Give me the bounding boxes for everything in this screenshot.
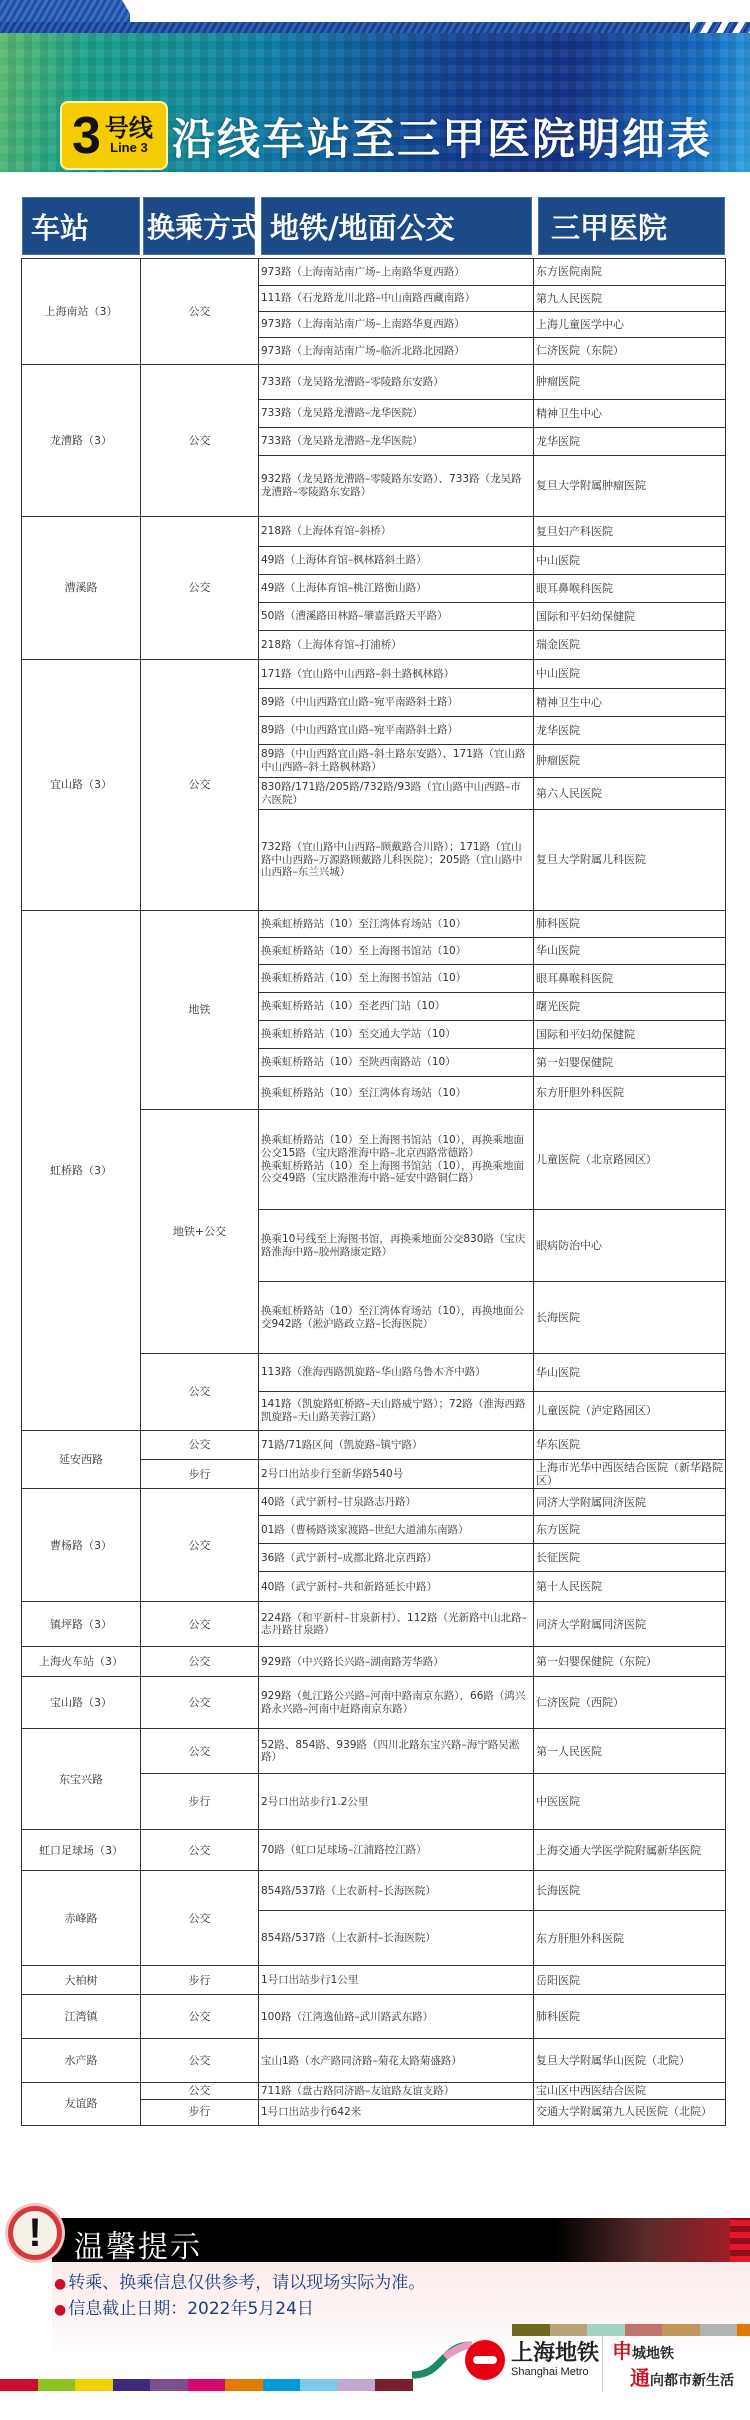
route-text: 732路（宜山路中山西路–顾戴路合川路）；171路（宜山路中山西路–万源路顾戴路…: [261, 841, 523, 878]
hospital-text: 肿瘤医院: [536, 375, 580, 388]
line-badge: 3 号线 Line 3: [60, 101, 168, 170]
hospital-cell: 宝山区中西医结合医院: [534, 2083, 726, 2099]
hospital-text: 复旦妇产科医院: [536, 525, 613, 538]
hospital-cell: 精神卫生中心: [534, 689, 726, 717]
transfer-mode-cell: 公交: [141, 1729, 259, 1774]
hospital-text: 仁济医院（东院）: [536, 344, 624, 357]
route-text: 换乘虹桥路站（10）至交通大学站（10）: [261, 1028, 456, 1040]
metro-line-curve: [412, 2330, 472, 2390]
route-text: 50路（漕溪路田林路–肇嘉浜路天平路）: [261, 610, 448, 622]
header-banner: 3 号线 Line 3 沿线车站至三甲医院明细表: [0, 0, 750, 172]
hospital-text: 第九人民医院: [536, 292, 602, 305]
route-cell: 100路（江湾逸仙路–武川路武东路）: [259, 1995, 534, 2039]
station-cell: 大柏树: [22, 1966, 141, 1995]
route-cell: 973路（上海南站南广场–上南路华夏西路）: [259, 259, 534, 286]
route-text: 929路（中兴路长兴路–湖南路芳华路）: [261, 1656, 444, 1668]
hospital-text: 精神卫生中心: [536, 696, 602, 709]
tips-title: 温馨提示: [74, 2222, 202, 2266]
station-cell: 东宝兴路: [22, 1729, 141, 1830]
metro-line-segment: [263, 2379, 301, 2391]
transfer-mode-cell: 公交: [141, 660, 259, 911]
hospital-cell: 第一妇婴保健院: [534, 1049, 726, 1077]
hospital-cell: 交通大学附属第九人民医院（北院）: [534, 2099, 726, 2125]
route-cell: 733路（龙吴路龙漕路–零陵路东安路）: [259, 365, 534, 400]
route-cell: 换乘虹桥路站（10）至上海图书馆站（10）: [259, 938, 534, 965]
hospital-text: 第一人民医院: [536, 1745, 602, 1758]
table-body: 上海南站（3）公交973路（上海南站南广场–上南路华夏西路）东方医院南院111路…: [21, 258, 726, 2126]
hospital-cell: 复旦大学附属儿科医院: [534, 810, 726, 911]
table-row: 友谊路公交711路（盘古路同济路–友谊路友谊支路）宝山区中西医结合医院: [22, 2083, 726, 2099]
transfer-mode-cell: 公交: [141, 2039, 259, 2083]
hospital-text: 眼病防治中心: [536, 1239, 602, 1252]
hospital-cell: 眼耳鼻喉科医院: [534, 965, 726, 993]
tip-item: ●信息截止日期：2022年5月24日: [54, 2294, 314, 2319]
hospital-text: 上海交通大学医学院附属新华医院: [536, 1844, 701, 1857]
hospital-cell: 长海医院: [534, 1871, 726, 1911]
route-text: 52路、854路、939路（四川北路东宝兴路–海宁路吴淞路）: [261, 1739, 519, 1764]
hospital-cell: 东方肝胆外科医院: [534, 1911, 726, 1966]
route-text: 1号口出站步行1公里: [261, 1974, 358, 1986]
route-cell: 换乘虹桥路站（10）至陕西南路站（10）: [259, 1049, 534, 1077]
hospital-cell: 瑞金医院: [534, 631, 726, 660]
hospital-table: 车站 换乘方式 地铁/地面公交 三甲医院 上海南站（3）公交973路（上海南站南…: [21, 197, 725, 2126]
transfer-mode-cell: 公交: [141, 517, 259, 660]
transfer-mode-cell: 公交: [141, 1677, 259, 1729]
station-cell: 宜山路（3）: [22, 660, 141, 911]
line-cn-label: 号线: [105, 116, 153, 141]
hospital-cell: 岳阳医院: [534, 1966, 726, 1995]
hospital-cell: 第一妇婴保健院（东院）: [534, 1647, 726, 1677]
route-text: 113路（淮海西路凯旋路–华山路乌鲁木齐中路）: [261, 1366, 486, 1378]
metro-line-segment: [225, 2379, 263, 2391]
hospital-cell: 儿童医院（泸定路园区）: [534, 1392, 726, 1431]
route-text: 70路（虹口足球场–江浦路控江路）: [261, 1844, 427, 1856]
transfer-mode-cell: 步行: [141, 1774, 259, 1830]
route-text: 换乘虹桥路站（10）至上海图书馆站（10），再换乘地面公交15路（宝庆路淮海中路…: [261, 1134, 524, 1184]
station-cell: 赤峰路: [22, 1871, 141, 1966]
route-text: 换乘10号线至上海图书馆，再换乘地面公交830路（宝庆路淮海中路–胶州路康定路）: [261, 1233, 525, 1258]
route-cell: 1号口出站步行642米: [259, 2099, 534, 2125]
route-text: 2号口出站步行至新华路540号: [261, 1468, 403, 1480]
table-row: 宜山路（3）公交171路（宜山路中山西路–斜土路枫林路）中山医院: [22, 660, 726, 689]
transfer-mode-cell: 公交: [141, 259, 259, 365]
route-text: 854路/537路（上农新村–长海医院）: [261, 1885, 436, 1897]
route-cell: 换乘虹桥路站（10）至老西门站（10）: [259, 993, 534, 1021]
hospital-text: 曙光医院: [536, 1000, 580, 1013]
route-cell: 733路（龙吴路龙漕路–龙华医院）: [259, 400, 534, 428]
route-text: 换乘虹桥路站（10）至上海图书馆站（10）: [261, 972, 466, 984]
hospital-text: 东方医院南院: [536, 265, 602, 278]
route-text: 929路（虬江路公兴路–河南中路南京东路），66路（鸿兴路永兴路–河南中赶路南京…: [261, 1690, 525, 1715]
route-cell: 换乘10号线至上海图书馆，再换乘地面公交830路（宝庆路淮海中路–胶州路康定路）: [259, 1210, 534, 1282]
hospital-text: 华山医院: [536, 944, 580, 957]
route-cell: 830路/171路/205路/732路/93路（宜山路中山西路–市六医院）: [259, 778, 534, 810]
transfer-mode-cell: 公交: [141, 1489, 259, 1602]
route-text: 973路（上海南站南广场–上南路华夏西路）: [261, 266, 465, 278]
metro-line-segment: [700, 2324, 738, 2336]
hospital-cell: 肿瘤医院: [534, 365, 726, 400]
hospital-text: 第一妇婴保健院: [536, 1056, 613, 1069]
hospital-text: 华山医院: [536, 1366, 580, 1379]
route-text: 218路（上海体育馆–斜桥）: [261, 525, 391, 537]
table-row: 上海南站（3）公交973路（上海南站南广场–上南路华夏西路）东方医院南院: [22, 259, 726, 286]
table-row: 上海火车站（3）公交929路（中兴路长兴路–湖南路芳华路）第一妇婴保健院（东院）: [22, 1647, 726, 1677]
route-cell: 70路（虹口足球场–江浦路控江路）: [259, 1830, 534, 1871]
route-cell: 89路（中山西路宜山路–宛平南路斜土路）: [259, 717, 534, 745]
hospital-cell: 华山医院: [534, 938, 726, 965]
route-text: 89路（中山西路宜山路–斜土路东安路）、171路（宜山路中山西路–斜土路枫林路）: [261, 748, 525, 773]
hospital-text: 龙华医院: [536, 724, 580, 737]
hospital-text: 精神卫生中心: [536, 407, 602, 420]
hospital-text: 中医医院: [536, 1795, 580, 1808]
transfer-mode-cell: 公交: [141, 365, 259, 517]
table-row: 大柏树步行1号口出站步行1公里岳阳医院: [22, 1966, 726, 1995]
route-text: 854路/537路（上农新村–长海医院）: [261, 1932, 436, 1944]
hospital-text: 交通大学附属第九人民医院（北院）: [536, 2105, 712, 2118]
route-text: 218路（上海体育馆–打浦桥）: [261, 639, 402, 651]
hospital-cell: 东方肝胆外科医院: [534, 1077, 726, 1110]
route-cell: 49路（上海体育馆–枫林路斜土路）: [259, 547, 534, 575]
station-cell: 上海南站（3）: [22, 259, 141, 365]
transfer-mode-cell: 步行: [141, 2099, 259, 2125]
hospital-text: 儿童医院（北京路园区）: [536, 1153, 657, 1166]
route-text: 40路（武宁新村–共和新路延长中路）: [261, 1581, 437, 1593]
route-text: 711路（盘古路同济路–友谊路友谊支路）: [261, 2085, 454, 2097]
table-row: 水产路公交宝山1路（水产路同济路–菊花太路菊盛路）复旦大学附属华山医院（北院）: [22, 2039, 726, 2083]
route-cell: 1号口出站步行1公里: [259, 1966, 534, 1995]
hospital-text: 眼耳鼻喉科医院: [536, 972, 613, 985]
route-text: 01路（曹杨路谈家渡路–世纪大道浦东南路）: [261, 1524, 469, 1536]
transfer-mode-cell: 公交: [141, 1431, 259, 1460]
route-text: 171路（宜山路中山西路–斜土路枫林路）: [261, 668, 454, 680]
route-cell: 宝山1路（水产路同济路–菊花太路菊盛路）: [259, 2039, 534, 2083]
route-cell: 929路（中兴路长兴路–湖南路芳华路）: [259, 1647, 534, 1677]
metro-logo-icon: [465, 2340, 505, 2380]
transfer-mode-cell: 公交: [141, 1354, 259, 1431]
hospital-cell: 东方医院: [534, 1516, 726, 1544]
hospital-cell: 龙华医院: [534, 717, 726, 745]
transfer-mode-cell: 公交: [141, 2083, 259, 2099]
hospital-text: 长海医院: [536, 1311, 580, 1324]
route-cell: 733路（龙吴路龙漕路–龙华医院）: [259, 428, 534, 456]
station-cell: 漕溪路: [22, 517, 141, 660]
station-cell: 宝山路（3）: [22, 1677, 141, 1729]
metro-line-segment: [38, 2379, 76, 2391]
bullet-icon: ●: [54, 2302, 66, 2318]
table-row: 虹口足球场（3）公交70路（虹口足球场–江浦路控江路）上海交通大学医学院附属新华…: [22, 1830, 726, 1871]
hospital-text: 复旦大学附属华山医院（北院）: [536, 2054, 690, 2067]
route-text: 宝山1路（水产路同济路–菊花太路菊盛路）: [261, 2055, 462, 2067]
transfer-mode-cell: 公交: [141, 1871, 259, 1966]
route-text: 换乘虹桥路站（10）至陕西南路站（10）: [261, 1056, 456, 1068]
route-text: 71路/71路区间（凯旋路–镇宁路）: [261, 1439, 423, 1451]
tip-item: ●转乘、换乘信息仅供参考，请以现场实际为准。: [54, 2268, 425, 2293]
hospital-cell: 中山医院: [534, 660, 726, 689]
station-cell: 虹桥路（3）: [22, 911, 141, 1431]
logo-cn: 上海地铁: [511, 2342, 599, 2365]
route-text: 换乘虹桥路站（10）至老西门站（10）: [261, 1000, 445, 1012]
route-text: 换乘虹桥路站（10）至江湾体育场站（10）: [261, 918, 466, 930]
route-cell: 49路（上海体育馆–桃江路衡山路）: [259, 575, 534, 603]
route-cell: 973路（上海南站南广场–临沂北路北园路）: [259, 338, 534, 365]
hospital-text: 上海儿童医学中心: [536, 318, 624, 331]
hospital-text: 复旦大学附属儿科医院: [536, 853, 646, 866]
route-text: 830路/171路/205路/732路/93路（宜山路中山西路–市六医院）: [261, 781, 521, 806]
hospital-cell: 国际和平妇幼保健院: [534, 603, 726, 631]
route-cell: 929路（虬江路公兴路–河南中路南京东路），66路（鸿兴路永兴路–河南中赶路南京…: [259, 1677, 534, 1729]
route-cell: 36路（武宁新村–成都北路北京西路）: [259, 1544, 534, 1572]
header-route: 地铁/地面公交: [261, 197, 532, 255]
route-cell: 2号口出站步行至新华路540号: [259, 1460, 534, 1489]
hospital-cell: 国际和平妇幼保健院: [534, 1021, 726, 1049]
route-cell: 52路、854路、939路（四川北路东宝兴路–海宁路吴淞路）: [259, 1729, 534, 1774]
line-number: 3: [72, 110, 101, 162]
route-text: 733路（龙吴路龙漕路–龙华医院）: [261, 407, 423, 419]
route-cell: 01路（曹杨路谈家渡路–世纪大道浦东南路）: [259, 1516, 534, 1544]
route-text: 141路（凯旋路虹桥路–天山路威宁路）；72路（淮海西路凯旋路–天山路芙蓉江路）: [261, 1398, 525, 1423]
transfer-mode-cell: 公交: [141, 1647, 259, 1677]
table-row: 漕溪路公交218路（上海体育馆–斜桥）复旦妇产科医院: [22, 517, 726, 547]
hospital-cell: 肿瘤医院: [534, 745, 726, 778]
route-text: 733路（龙吴路龙漕路–龙华医院）: [261, 435, 423, 447]
route-cell: 71路/71路区间（凯旋路–镇宁路）: [259, 1431, 534, 1460]
hospital-cell: 同济大学附属同济医院: [534, 1489, 726, 1516]
hospital-cell: 同济大学附属同济医院: [534, 1602, 726, 1647]
route-cell: 932路（龙吴路龙漕路–零陵路东安路）、733路（龙吴路龙漕路–零陵路东安路）: [259, 456, 534, 517]
transfer-mode-cell: 步行: [141, 1966, 259, 1995]
hospital-text: 龙华医院: [536, 435, 580, 448]
metro-line-segment: [113, 2379, 151, 2391]
hospital-cell: 上海儿童医学中心: [534, 312, 726, 338]
route-text: 733路（龙吴路龙漕路–零陵路东安路）: [261, 376, 444, 388]
station-cell: 上海火车站（3）: [22, 1647, 141, 1677]
hospital-cell: 长征医院: [534, 1544, 726, 1572]
logo-en: Shanghai Metro: [511, 2366, 599, 2378]
route-cell: 50路（漕溪路田林路–肇嘉浜路天平路）: [259, 603, 534, 631]
hospital-cell: 华东医院: [534, 1431, 726, 1460]
hospital-text: 眼耳鼻喉科医院: [536, 582, 613, 595]
route-cell: 113路（淮海西路凯旋路–华山路乌鲁木齐中路）: [259, 1354, 534, 1392]
route-cell: 732路（宜山路中山西路–顾戴路合川路）；171路（宜山路中山西路–万源路顾戴路…: [259, 810, 534, 911]
slogan-line-1: 申城地铁: [612, 2335, 674, 2364]
hospital-text: 仁济医院（西院）: [536, 1696, 624, 1709]
table-header: 车站 换乘方式 地铁/地面公交 三甲医院: [21, 197, 725, 255]
metro-line-segment: [0, 2379, 38, 2391]
metro-line-segment: [550, 2324, 588, 2336]
table-row: 虹桥路（3）地铁换乘虹桥路站（10）至江湾体育场站（10）肺科医院: [22, 911, 726, 938]
hospital-text: 第六人民医院: [536, 787, 602, 800]
route-text: 111路（石龙路龙川北路–中山南路西藏南路）: [261, 292, 475, 304]
station-cell: 江湾镇: [22, 1995, 141, 2039]
slogan-line-2: 通向都市新生活: [630, 2362, 734, 2391]
station-cell: 友谊路: [22, 2083, 141, 2125]
route-text: 973路（上海南站南广场–临沂北路北园路）: [261, 345, 465, 357]
header-station: 车站: [22, 197, 140, 255]
hospital-text: 国际和平妇幼保健院: [536, 1028, 635, 1041]
route-cell: 换乘虹桥路站（10）至江湾体育场站（10），再换地面公交942路（淞沪路政立路–…: [259, 1282, 534, 1354]
hospital-text: 长征医院: [536, 1551, 580, 1564]
metro-line-segment: [375, 2379, 413, 2391]
table-row: 东宝兴路公交52路、854路、939路（四川北路东宝兴路–海宁路吴淞路）第一人民…: [22, 1729, 726, 1774]
station-cell: 龙漕路（3）: [22, 365, 141, 517]
route-cell: 711路（盘古路同济路–友谊路友谊支路）: [259, 2083, 534, 2099]
table-row: 赤峰路公交854路/537路（上农新村–长海医院）长海医院: [22, 1871, 726, 1911]
hospital-text: 第十人民医院: [536, 1580, 602, 1593]
transfer-mode-cell: 地铁: [141, 911, 259, 1110]
route-text: 36路（武宁新村–成都北路北京西路）: [261, 1552, 437, 1564]
route-text: 换乘虹桥路站（10）至江湾体育场站（10），再换地面公交942路（淞沪路政立路–…: [261, 1305, 524, 1330]
route-cell: 141路（凯旋路虹桥路–天山路威宁路）；72路（淮海西路凯旋路–天山路芙蓉江路）: [259, 1392, 534, 1431]
metro-line-segment: [300, 2379, 338, 2391]
hospital-text: 肺科医院: [536, 917, 580, 930]
route-cell: 换乘虹桥路站（10）至上海图书馆站（10）: [259, 965, 534, 993]
station-cell: 曹杨路（3）: [22, 1489, 141, 1602]
transfer-mode-cell: 公交: [141, 1602, 259, 1647]
hospital-cell: 复旦大学附属华山医院（北院）: [534, 2039, 726, 2083]
hospital-text: 复旦大学附属肿瘤医院: [536, 479, 646, 492]
route-cell: 854路/537路（上农新村–长海医院）: [259, 1871, 534, 1911]
hospital-text: 肿瘤医院: [536, 754, 580, 767]
metro-line-segment: [338, 2379, 376, 2391]
hospital-text: 岳阳医院: [536, 1974, 580, 1987]
route-text: 932路（龙吴路龙漕路–零陵路东安路）、733路（龙吴路龙漕路–零陵路东安路）: [261, 473, 522, 498]
hospital-cell: 肺科医院: [534, 1995, 726, 2039]
hospital-text: 中山医院: [536, 554, 580, 567]
metro-line-color-strip: [0, 2379, 413, 2391]
hospital-cell: 眼病防治中心: [534, 1210, 726, 1282]
hospital-text: 瑞金医院: [536, 638, 580, 651]
hospital-cell: 龙华医院: [534, 428, 726, 456]
hospital-cell: 第六人民医院: [534, 778, 726, 810]
route-text: 换乘虹桥路站（10）至上海图书馆站（10）: [261, 945, 466, 957]
hospital-cell: 复旦大学附属肿瘤医院: [534, 456, 726, 517]
hospital-cell: 第十人民医院: [534, 1572, 726, 1602]
hospital-text: 肺科医院: [536, 2010, 580, 2023]
route-text: 40路（武宁新村–甘泉路志丹路）: [261, 1496, 416, 1508]
table-row: 延安西路公交71路/71路区间（凯旋路–镇宁路）华东医院: [22, 1431, 726, 1460]
route-cell: 2号口出站步行1.2公里: [259, 1774, 534, 1830]
hospital-text: 第一妇婴保健院（东院）: [536, 1655, 657, 1668]
hospital-cell: 精神卫生中心: [534, 400, 726, 428]
route-text: 973路（上海南站南广场–上南路华夏西路）: [261, 318, 465, 330]
table-row: 宝山路（3）公交929路（虬江路公兴路–河南中路南京东路），66路（鸿兴路永兴路…: [22, 1677, 726, 1729]
route-cell: 换乘虹桥路站（10）至上海图书馆站（10），再换乘地面公交15路（宝庆路淮海中路…: [259, 1110, 534, 1210]
hospital-text: 东方肝胆外科医院: [536, 1932, 624, 1945]
hospital-cell: 仁济医院（东院）: [534, 338, 726, 365]
metro-line-segment: [75, 2379, 113, 2391]
hospital-text: 东方肝胆外科医院: [536, 1086, 624, 1099]
route-text: 89路（中山西路宜山路–宛平南路斜土路）: [261, 696, 458, 708]
transfer-mode-cell: 公交: [141, 1995, 259, 2039]
hospital-cell: 复旦妇产科医院: [534, 517, 726, 547]
route-text: 换乘虹桥路站（10）至江湾体育场站（10）: [261, 1087, 466, 1099]
route-text: 89路（中山西路宜山路–宛平南路斜土路）: [261, 724, 458, 736]
route-text: 49路（上海体育馆–桃江路衡山路）: [261, 582, 427, 594]
hospital-cell: 长海医院: [534, 1282, 726, 1354]
route-cell: 973路（上海南站南广场–上南路华夏西路）: [259, 312, 534, 338]
hospital-cell: 儿童医院（北京路园区）: [534, 1110, 726, 1210]
metro-line-segment: [512, 2324, 550, 2336]
footer-divider: [602, 2332, 603, 2392]
route-cell: 89路（中山西路宜山路–斜土路东安路）、171路（宜山路中山西路–斜土路枫林路）: [259, 745, 534, 778]
route-cell: 218路（上海体育馆–打浦桥）: [259, 631, 534, 660]
hospital-text: 上海市光华中西医结合医院（新华路院区）: [536, 1461, 723, 1487]
route-cell: 换乘虹桥路站（10）至交通大学站（10）: [259, 1021, 534, 1049]
hospital-text: 东方医院: [536, 1523, 580, 1536]
hospital-cell: 华山医院: [534, 1354, 726, 1392]
hospital-text: 儿童医院（泸定路园区）: [536, 1404, 657, 1417]
hospital-text: 同济大学附属同济医院: [536, 1618, 646, 1631]
hospital-text: 中山医院: [536, 667, 580, 680]
shanghai-metro-logo: 上海地铁 Shanghai Metro: [465, 2340, 599, 2380]
route-text: 1号口出站步行642米: [261, 2106, 361, 2118]
hospital-cell: 曙光医院: [534, 993, 726, 1021]
route-text: 2号口出站步行1.2公里: [261, 1796, 368, 1808]
route-cell: 111路（石龙路龙川北路–中山南路西藏南路）: [259, 286, 534, 312]
hospital-cell: 眼耳鼻喉科医院: [534, 575, 726, 603]
hospital-text: 同济大学附属同济医院: [536, 1496, 646, 1509]
exclamation-icon: !: [8, 2206, 62, 2260]
route-text: 49路（上海体育馆–枫林路斜土路）: [261, 554, 427, 566]
route-cell: 换乘虹桥路站（10）至江湾体育场站（10）: [259, 911, 534, 938]
station-cell: 镇坪路（3）: [22, 1602, 141, 1647]
station-cell: 延安西路: [22, 1431, 141, 1489]
station-cell: 水产路: [22, 2039, 141, 2083]
hospital-cell: 上海交通大学医学院附属新华医院: [534, 1830, 726, 1871]
hospital-cell: 中医医院: [534, 1774, 726, 1830]
hospital-cell: 中山医院: [534, 547, 726, 575]
route-cell: 40路（武宁新村–共和新路延长中路）: [259, 1572, 534, 1602]
tips-pixel-decoration: [730, 2218, 750, 2262]
hospital-text: 长海医院: [536, 1884, 580, 1897]
header-transfer-mode: 换乘方式: [143, 197, 255, 255]
route-cell: 854路/537路（上农新村–长海医院）: [259, 1911, 534, 1966]
route-text: 100路（江湾逸仙路–武川路武东路）: [261, 2011, 433, 2023]
hospital-text: 国际和平妇幼保健院: [536, 610, 635, 623]
page-title: 沿线车站至三甲医院明细表: [172, 106, 712, 167]
hospital-text: 华东医院: [536, 1438, 580, 1451]
table-row: 龙漕路（3）公交733路（龙吴路龙漕路–零陵路东安路）肿瘤医院: [22, 365, 726, 400]
transfer-mode-cell: 步行: [141, 1460, 259, 1489]
hospital-cell: 第一人民医院: [534, 1729, 726, 1774]
hospital-cell: 仁济医院（西院）: [534, 1677, 726, 1729]
hospital-cell: 肺科医院: [534, 911, 726, 938]
station-cell: 虹口足球场（3）: [22, 1830, 141, 1871]
bullet-icon: ●: [54, 2276, 66, 2292]
route-text: 224路（和平新村–甘泉新村）、112路（光新路中山北路–志丹路甘泉路）: [261, 1612, 527, 1637]
metro-line-segment: [188, 2379, 226, 2391]
route-cell: 40路（武宁新村–甘泉路志丹路）: [259, 1489, 534, 1516]
route-cell: 218路（上海体育馆–斜桥）: [259, 517, 534, 547]
hospital-text: 宝山区中西医结合医院: [536, 2084, 646, 2097]
transfer-mode-cell: 地铁+公交: [141, 1110, 259, 1354]
route-cell: 171路（宜山路中山西路–斜土路枫林路）: [259, 660, 534, 689]
metro-line-segment: [737, 2324, 750, 2336]
hospital-cell: 东方医院南院: [534, 259, 726, 286]
metro-line-segment: [150, 2379, 188, 2391]
transfer-mode-cell: 公交: [141, 1830, 259, 1871]
table-row: 曹杨路（3）公交40路（武宁新村–甘泉路志丹路）同济大学附属同济医院: [22, 1489, 726, 1516]
line-en-label: Line 3: [110, 141, 148, 155]
table-row: 江湾镇公交100路（江湾逸仙路–武川路武东路）肺科医院: [22, 1995, 726, 2039]
route-cell: 89路（中山西路宜山路–宛平南路斜土路）: [259, 689, 534, 717]
table-row: 镇坪路（3）公交224路（和平新村–甘泉新村）、112路（光新路中山北路–志丹路…: [22, 1602, 726, 1647]
hospital-cell: 上海市光华中西医结合医院（新华路院区）: [534, 1460, 726, 1489]
route-cell: 换乘虹桥路站（10）至江湾体育场站（10）: [259, 1077, 534, 1110]
header-hospital: 三甲医院: [538, 197, 725, 255]
route-cell: 224路（和平新村–甘泉新村）、112路（光新路中山北路–志丹路甘泉路）: [259, 1602, 534, 1647]
hospital-cell: 第九人民医院: [534, 286, 726, 312]
